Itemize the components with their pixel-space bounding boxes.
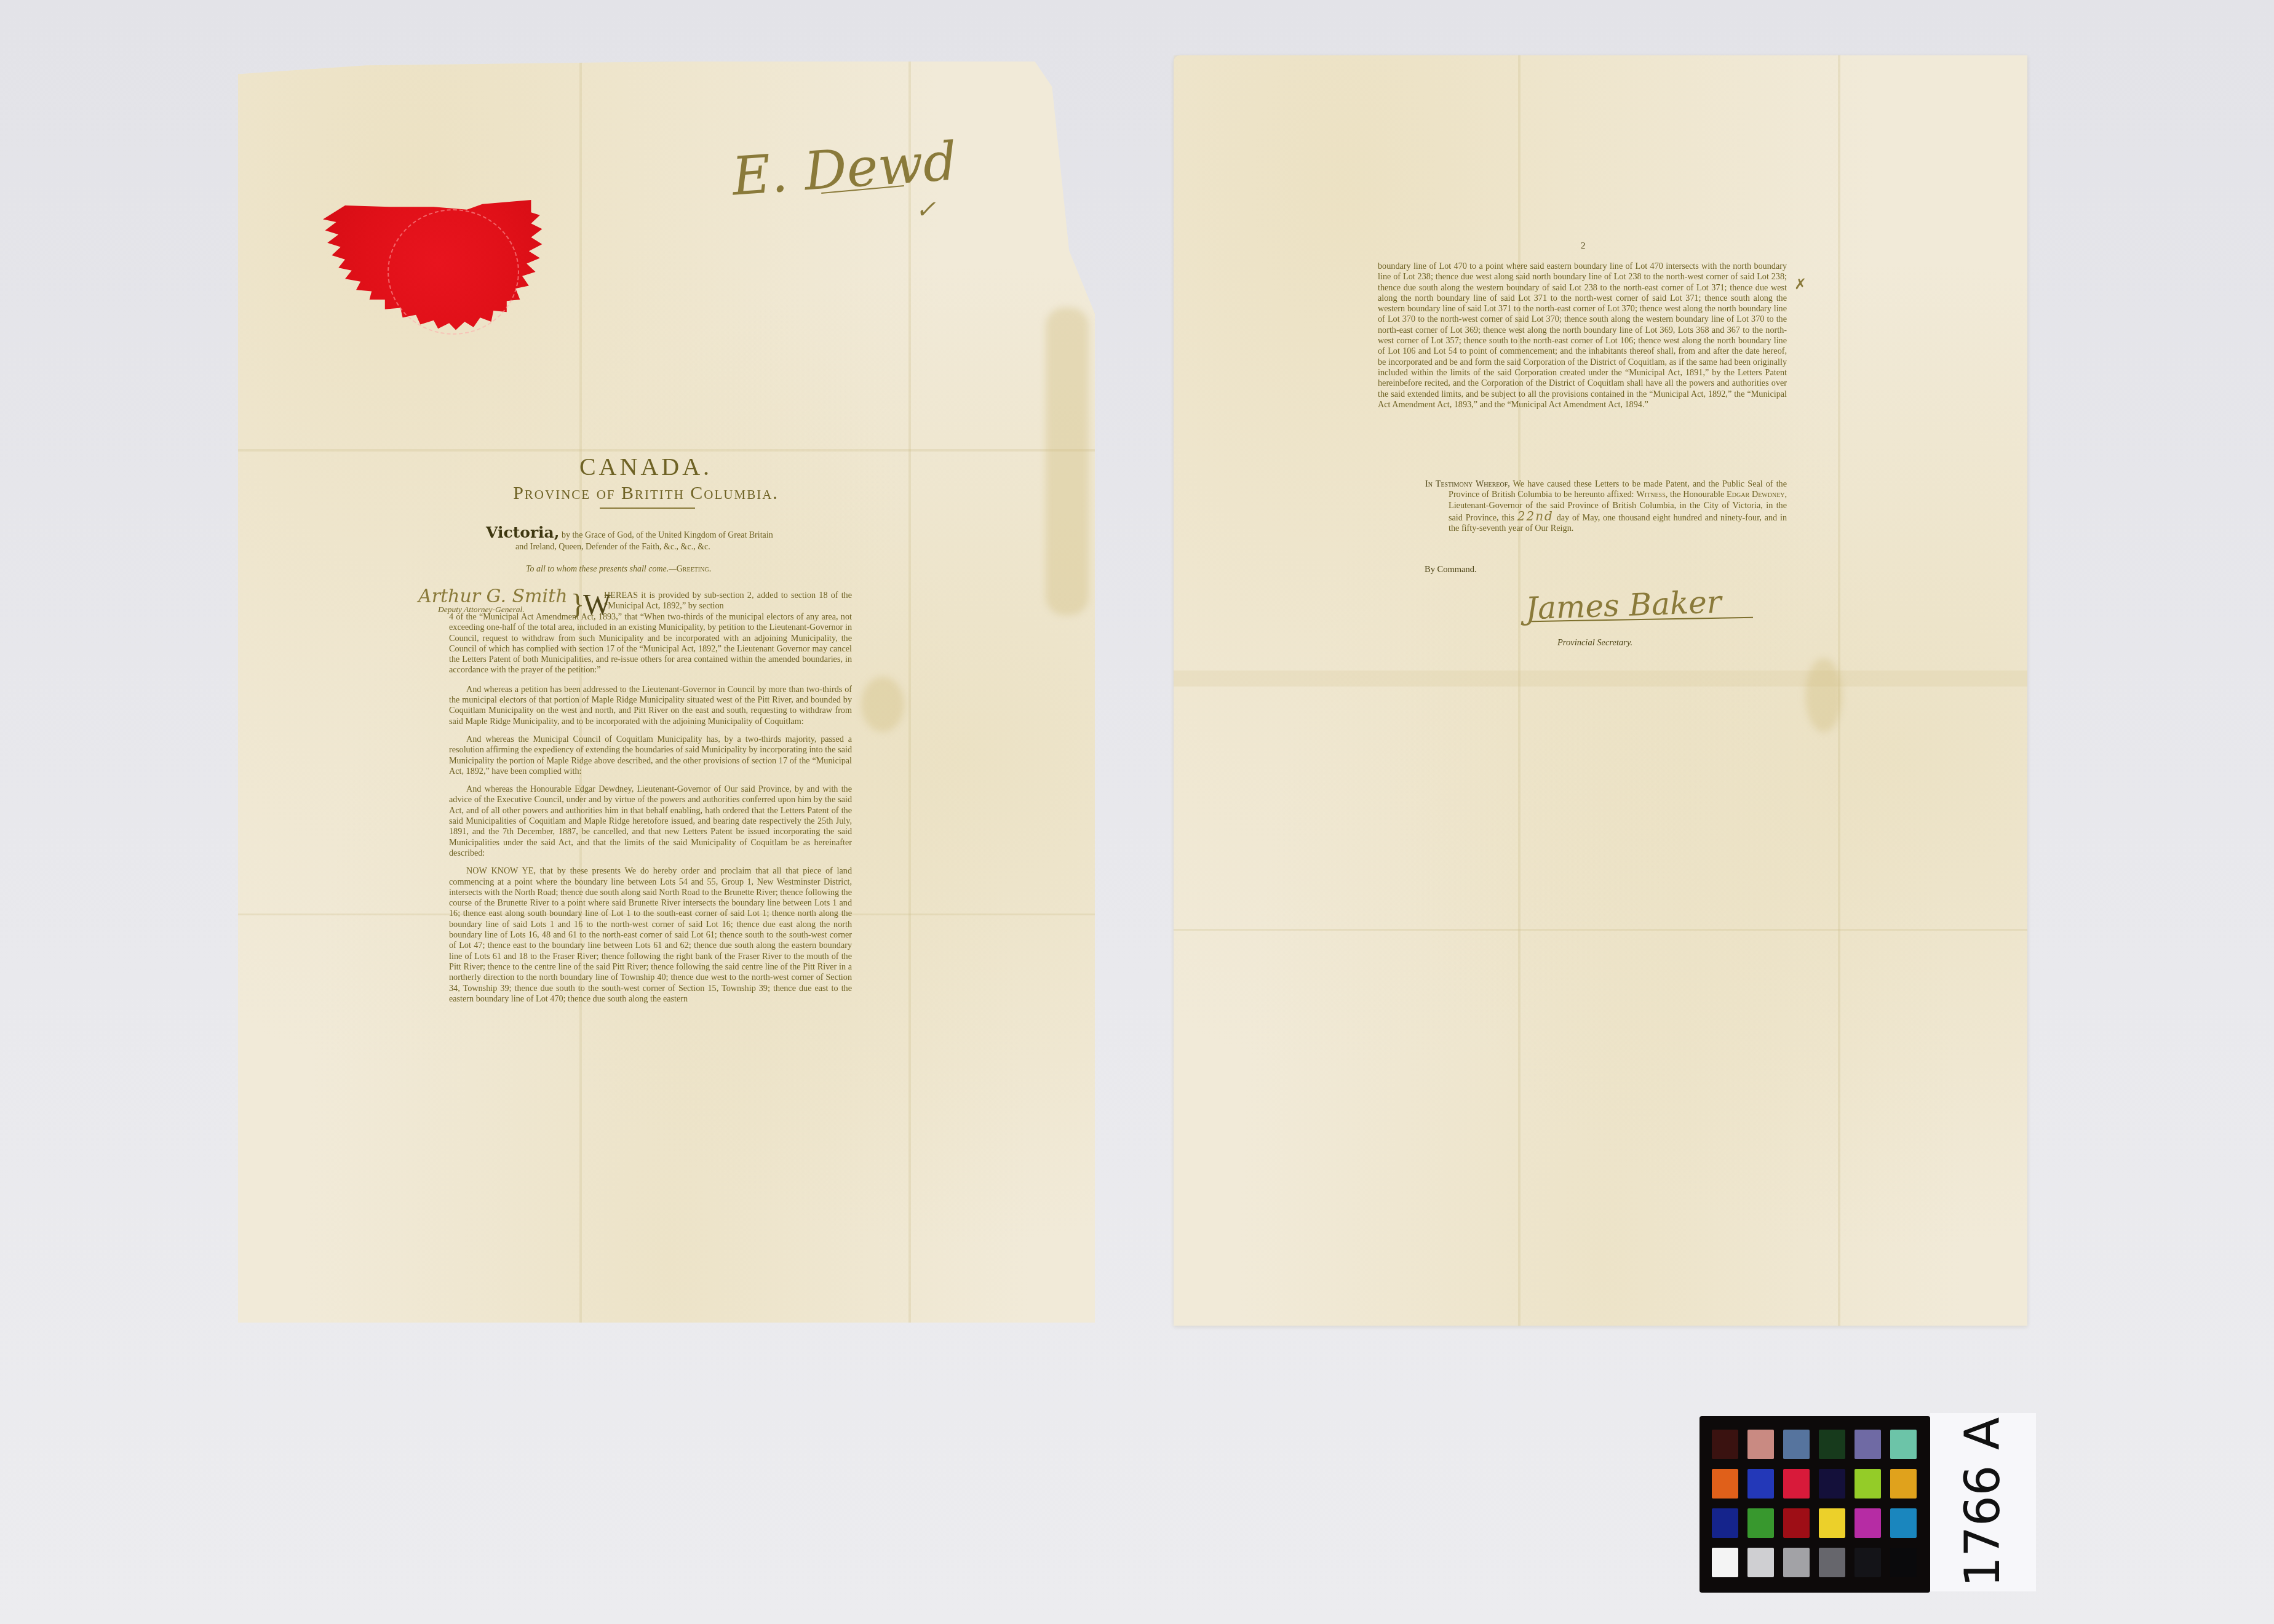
paragraph-petition: And whereas a petition has been addresse… bbox=[449, 685, 852, 727]
color-swatch bbox=[1747, 1469, 1774, 1499]
victoria-blackletter: Victoria, bbox=[486, 523, 559, 541]
testimony-witness: Witness, bbox=[1636, 490, 1668, 500]
page1-body: 4 of the “Municipal Act Amendment Act, 1… bbox=[449, 612, 852, 1012]
by-command: By Command. bbox=[1425, 565, 1477, 575]
color-checker bbox=[1700, 1416, 1930, 1593]
greeting-word: Greeting. bbox=[677, 565, 711, 574]
color-swatch bbox=[1855, 1430, 1881, 1459]
testimony-text-2: the Honourable bbox=[1670, 490, 1724, 500]
preamble-line-1: Victoria, by the Grace of God, of the Un… bbox=[486, 525, 855, 544]
testimony-name: Edgar Dewdney, bbox=[1727, 490, 1787, 500]
color-swatch bbox=[1783, 1548, 1810, 1577]
color-swatch bbox=[1783, 1469, 1810, 1499]
whereas-opening: HEREAS it is provided by sub-section 2, … bbox=[604, 591, 852, 612]
heading-country: CANADA. bbox=[400, 452, 892, 481]
paragraph-whereas: 4 of the “Municipal Act Amendment Act, 1… bbox=[449, 612, 852, 676]
color-swatch bbox=[1712, 1508, 1738, 1538]
color-swatch bbox=[1855, 1548, 1881, 1577]
color-swatch bbox=[1747, 1430, 1774, 1459]
accession-number: 1766 A bbox=[1955, 1417, 2011, 1588]
color-swatch bbox=[1747, 1548, 1774, 1577]
color-swatch bbox=[1712, 1430, 1738, 1459]
page-number: 2 bbox=[1581, 241, 1586, 252]
greeting-italic: To all to whom these presents shall come… bbox=[526, 565, 677, 574]
page2-body: boundary line of Lot 470 to a point wher… bbox=[1378, 261, 1787, 410]
color-swatch bbox=[1712, 1548, 1738, 1577]
greeting-line: To all to whom these presents shall come… bbox=[526, 565, 711, 575]
color-swatch bbox=[1855, 1508, 1881, 1538]
color-swatch bbox=[1819, 1548, 1845, 1577]
color-swatch bbox=[1783, 1430, 1810, 1459]
heading-province: Province of Britith Columbia. bbox=[400, 483, 892, 504]
seal-emboss bbox=[388, 209, 519, 335]
color-swatch bbox=[1890, 1508, 1917, 1538]
margin-x-mark-icon: ✗ bbox=[1794, 276, 1807, 293]
color-swatch bbox=[1890, 1430, 1917, 1459]
color-swatch bbox=[1890, 1548, 1917, 1577]
testimony-lead: In Testimony Whereof, bbox=[1425, 479, 1510, 489]
color-swatch bbox=[1819, 1508, 1845, 1538]
paragraph-dewdney: And whereas the Honourable Edgar Dewdney… bbox=[449, 784, 852, 859]
paragraph-now-know-ye: NOW KNOW YE, that by these presents We d… bbox=[449, 866, 852, 1005]
color-swatch bbox=[1855, 1469, 1881, 1499]
paragraph-council: And whereas the Municipal Council of Coq… bbox=[449, 734, 852, 777]
document-page-2 bbox=[1174, 55, 2027, 1326]
color-swatch bbox=[1783, 1508, 1810, 1538]
margin-signature: Arthur G. Smith bbox=[418, 586, 568, 607]
heading-divider bbox=[600, 507, 695, 509]
testimony-clause: In Testimony Whereof, We have caused the… bbox=[1449, 479, 1787, 534]
preamble-text-1: by the Grace of God, of the United Kingd… bbox=[562, 531, 773, 540]
color-swatch bbox=[1819, 1469, 1845, 1499]
color-checker-card: 1766 A bbox=[1700, 1413, 2036, 1593]
handwritten-day: 22nd bbox=[1517, 509, 1554, 523]
accession-label: 1766 A bbox=[1930, 1413, 2036, 1591]
color-swatch bbox=[1712, 1469, 1738, 1499]
color-swatch bbox=[1747, 1508, 1774, 1538]
check-mark-icon: ✓ bbox=[915, 196, 936, 224]
color-swatch bbox=[1819, 1430, 1845, 1459]
signature-title: Provincial Secretary. bbox=[1557, 638, 1632, 648]
preamble-line-2: and Ireland, Queen, Defender of the Fait… bbox=[515, 543, 710, 552]
color-swatch bbox=[1890, 1469, 1917, 1499]
